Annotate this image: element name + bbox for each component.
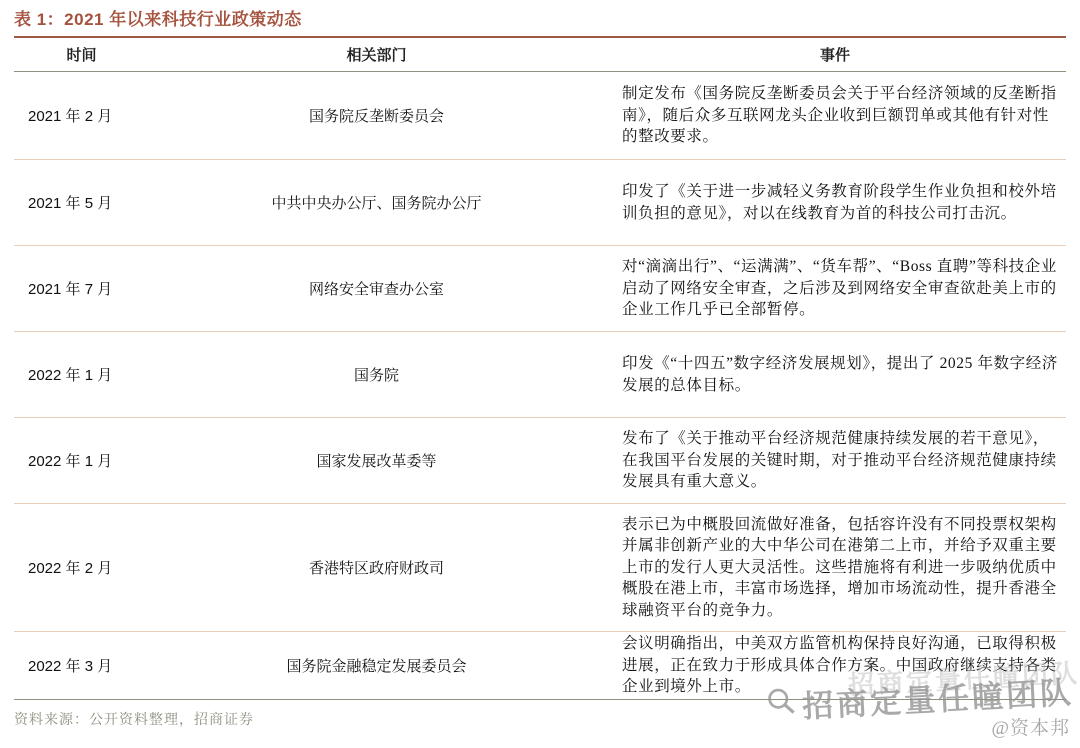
event-cell: 对“滴滴出行”、“运满满”、“货车帮”、“Boss 直聘”等科技企业启动了网络安…: [604, 256, 1066, 321]
event-cell: 会议明确指出，中美双方监管机构保持良好沟通，已取得积极进展，正在致力于形成具体合…: [604, 633, 1066, 698]
time-cell: 2021 年 7 月: [14, 278, 149, 299]
time-cell: 2022 年 3 月: [14, 655, 149, 676]
col-header-time: 时间: [14, 44, 149, 65]
dept-cell: 国务院: [149, 364, 604, 385]
table-row: 2022 年 1 月 国务院 印发《“十四五”数字经济发展规划》，提出了 202…: [14, 332, 1066, 418]
event-cell: 发布了《关于推动平台经济规范健康持续发展的若干意见》，在我国平台发展的关键时期，…: [604, 428, 1066, 493]
table-row: 2022 年 3 月 国务院金融稳定发展委员会 会议明确指出，中美双方监管机构保…: [14, 632, 1066, 700]
time-cell: 2022 年 2 月: [14, 557, 149, 578]
time-cell: 2021 年 2 月: [14, 105, 149, 126]
time-cell: 2022 年 1 月: [14, 364, 149, 385]
event-cell: 制定发布《国务院反垄断委员会关于平台经济领域的反垄断指南》，随后众多互联网龙头企…: [604, 83, 1066, 148]
event-cell: 印发了《关于进一步减轻义务教育阶段学生作业负担和校外培训负担的意见》，对以在线教…: [604, 181, 1066, 224]
table-row: 2021 年 5 月 中共中央办公厅、国务院办公厅 印发了《关于进一步减轻义务教…: [14, 160, 1066, 246]
table-row: 2021 年 2 月 国务院反垄断委员会 制定发布《国务院反垄断委员会关于平台经…: [14, 72, 1066, 160]
time-cell: 2021 年 5 月: [14, 192, 149, 213]
dept-cell: 香港特区政府财政司: [149, 557, 604, 578]
time-cell: 2022 年 1 月: [14, 450, 149, 471]
table-header-row: 时间 相关部门 事件: [14, 38, 1066, 72]
dept-cell: 国务院金融稳定发展委员会: [149, 655, 604, 676]
col-header-dept: 相关部门: [149, 44, 604, 65]
event-cell: 印发《“十四五”数字经济发展规划》，提出了 2025 年数字经济发展的总体目标。: [604, 353, 1066, 396]
event-cell: 表示已为中概股回流做好准备，包括容许没有不同投票权架构并属非创新产业的大中华公司…: [604, 514, 1066, 622]
table-row: 2022 年 2 月 香港特区政府财政司 表示已为中概股回流做好准备，包括容许没…: [14, 504, 1066, 632]
dept-cell: 国务院反垄断委员会: [149, 105, 604, 126]
dept-cell: 国家发展改革委等: [149, 450, 604, 471]
policy-table: 时间 相关部门 事件 2021 年 2 月 国务院反垄断委员会 制定发布《国务院…: [14, 36, 1066, 700]
dept-cell: 中共中央办公厅、国务院办公厅: [149, 192, 604, 213]
table-title: 表 1：2021 年以来科技行业政策动态: [14, 0, 1066, 36]
source-note: 资料来源：公开资料整理，招商证券: [14, 709, 1066, 729]
dept-cell: 网络安全审查办公室: [149, 278, 604, 299]
col-header-event: 事件: [604, 44, 1066, 65]
table-row: 2021 年 7 月 网络安全审查办公室 对“滴滴出行”、“运满满”、“货车帮”…: [14, 246, 1066, 332]
report-table-page: 表 1：2021 年以来科技行业政策动态 时间 相关部门 事件 2021 年 2…: [0, 0, 1080, 729]
table-row: 2022 年 1 月 国家发展改革委等 发布了《关于推动平台经济规范健康持续发展…: [14, 418, 1066, 504]
